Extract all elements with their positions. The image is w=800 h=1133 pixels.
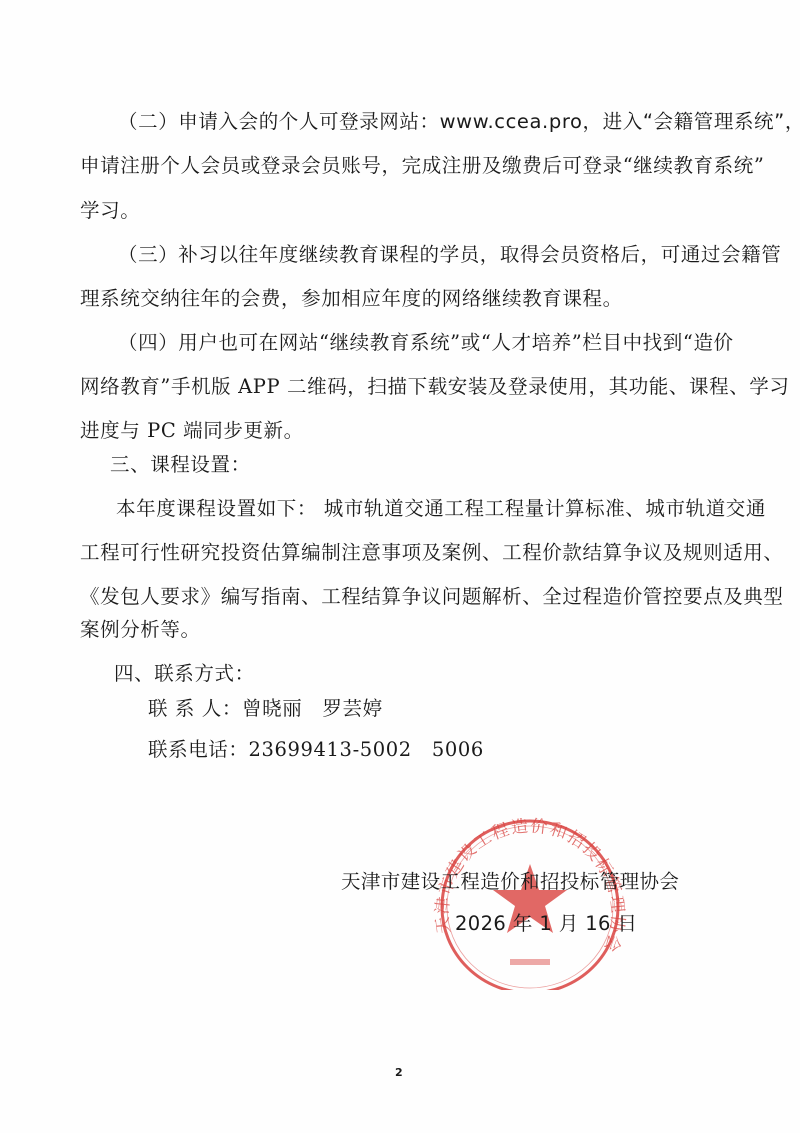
- item-3-line-1: （三）补习以往年度继续教育课程的学员，取得会员资格后，可通过会籍管: [118, 243, 781, 267]
- section-3-line-2: 工程可行性研究投资估算编制注意事项及案例、工程价款结算争议及规则适用、: [80, 541, 784, 565]
- contact-phone-number: 23699413-5002 5006: [249, 738, 484, 761]
- page-number: 2: [395, 1066, 403, 1079]
- item-2-line-2: 申请注册个人会员或登录会员账号，完成注册及缴费后可登录“继续教育系统”: [80, 154, 764, 178]
- contact-phone-label: 联系电话：: [148, 738, 249, 761]
- section-3-line-1: 本年度课程设置如下： 城市轨道交通工程工程量计算标准、城市轨道交通: [116, 497, 766, 521]
- item-2-line-1: （二）申请入会的个人可登录网站：www.ccea.pro，进入“会籍管理系统”，: [118, 110, 800, 134]
- contact-person-row: 联 系 人：曾晓丽 罗芸婷: [148, 697, 383, 721]
- signature-date: 2026 年 1 月 16 日: [455, 912, 637, 936]
- contact-phone-row: 联系电话：23699413-5002 5006: [148, 738, 484, 762]
- contact-person-names: 曾晓丽 罗芸婷: [242, 697, 383, 720]
- item-4-line-1: （四）用户也可在网站“继续教育系统”或“人才培养”栏目中找到“造价: [118, 331, 734, 355]
- section-3-heading: 三、课程设置：: [110, 453, 251, 477]
- signature-organization: 天津市建设工程造价和招投标管理协会: [341, 870, 679, 894]
- document-page: （二）申请入会的个人可登录网站：www.ccea.pro，进入“会籍管理系统”，…: [0, 0, 800, 1133]
- item-3-line-2: 理系统交纳往年的会费，参加相应年度的网络继续教育课程。: [80, 287, 623, 311]
- item-2-line-3: 学习。: [80, 199, 140, 223]
- item-4-line-3: 进度与 PC 端同步更新。: [80, 419, 304, 443]
- item-4-line-2: 网络教育”手机版 APP 二维码，扫描下载安装及登录使用，其功能、课程、学习: [80, 375, 790, 399]
- section-3-line-4: 案例分析等。: [80, 618, 201, 642]
- section-3-line-3: 《发包人要求》编写指南、工程结算争议问题解析、全过程造价管控要点及典型: [80, 585, 784, 609]
- official-seal-stamp: 天津市建设工程造价和招投标管理协会: [405, 812, 655, 990]
- contact-person-label: 联 系 人：: [148, 697, 242, 720]
- section-4-heading: 四、联系方式：: [114, 662, 255, 686]
